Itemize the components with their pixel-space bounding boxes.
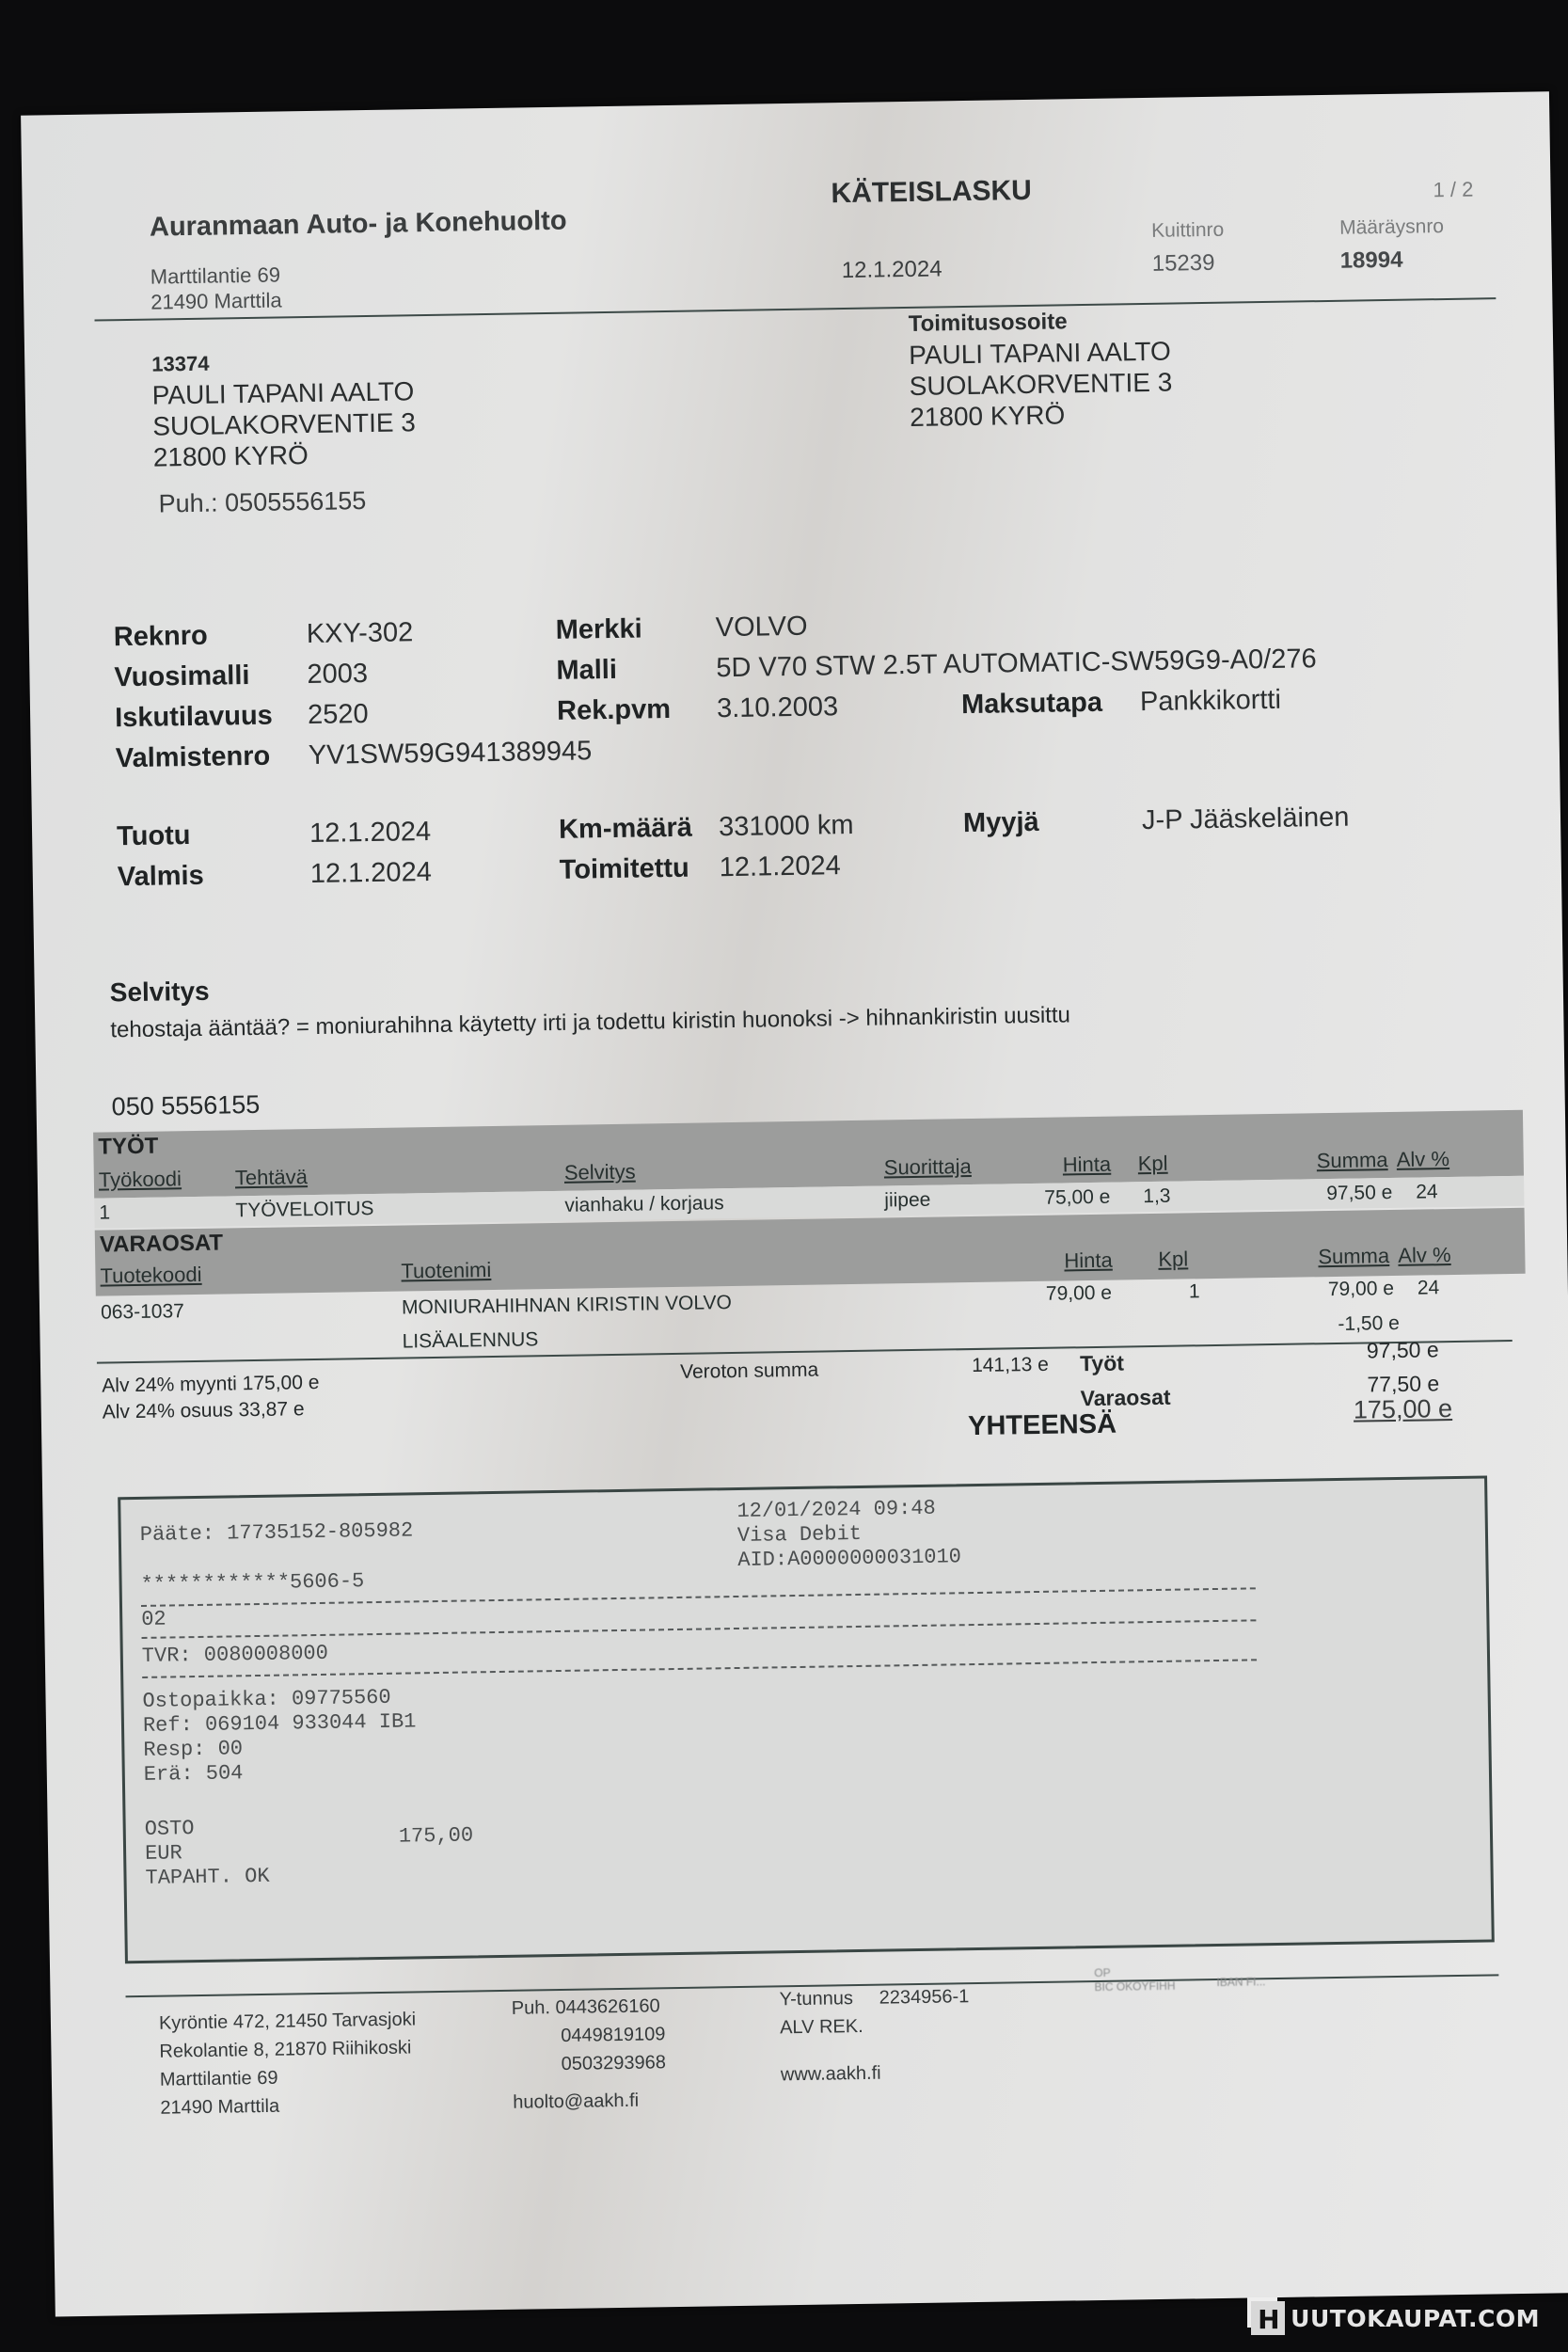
labour-total: 97,50 e	[1367, 1337, 1439, 1363]
notes-heading: Selvitys	[110, 977, 210, 1009]
seller: J-P Jääskeläinen	[1142, 803, 1350, 836]
payment-method-label: Maksutapa	[961, 688, 1102, 721]
footer-website[interactable]: www.aakh.fi	[781, 2059, 881, 2090]
vin-label: Valmistenro	[116, 741, 271, 775]
business-id-label: Y-tunnus	[779, 1988, 853, 2010]
cube-logo-icon: H	[1251, 2301, 1285, 2335]
notes-text: tehostaja ääntää? = moniurahihna käytett…	[110, 1002, 1070, 1043]
vat-registered: ALV REK.	[780, 2012, 863, 2042]
receipt-number: 15239	[1152, 250, 1215, 278]
transaction-type: OSTO	[145, 1817, 195, 1842]
contact-phone: 050 5556155	[111, 1090, 260, 1121]
brought-in-label: Tuotu	[117, 820, 191, 852]
row-sum: 79,00 e	[1328, 1278, 1394, 1301]
row-vat: 24	[1418, 1277, 1440, 1299]
business-id: 2234956-1	[879, 1986, 969, 2008]
tvr: TVR: 0080008000	[142, 1642, 328, 1669]
seller-label: Myyjä	[963, 807, 1039, 839]
customer-name: PAULI TAPANI AALTO	[152, 375, 416, 410]
delivery-name: PAULI TAPANI AALTO	[909, 336, 1172, 371]
customer-address: 13374 PAULI TAPANI AALTO SUOLAKORVENTIE …	[151, 344, 417, 472]
footer-address: Marttilantie 69	[160, 2061, 418, 2093]
brought-in-date: 12.1.2024	[309, 817, 432, 850]
company-name: Auranmaan Auto- ja Konehuolto	[150, 206, 567, 244]
delivered-label: Toimitettu	[560, 853, 690, 886]
vat-share: Alv 24% osuus 33,87 e	[103, 1398, 305, 1423]
table-row: 1 TYÖVELOITUS vianhaku / korjaus jiipee …	[21, 91, 1549, 116]
company-address: Marttilantie 69 21490 Marttila	[150, 262, 282, 314]
table-row: 063-1037 MONIURAHIHNAN KIRISTIN VOLVO 79…	[21, 91, 1549, 116]
footer-phone: 0443626160	[555, 1995, 660, 2018]
transaction-status: TAPAHT. OK	[145, 1865, 269, 1891]
col-sum: Summa	[1317, 1148, 1388, 1173]
row-price: 75,00 e	[1044, 1186, 1110, 1210]
customer-city: 21800 KYRÖ	[153, 437, 417, 472]
footer-address: 21490 Marttila	[160, 2090, 418, 2122]
currency: EUR	[145, 1841, 182, 1867]
receipt-number-label: Kuittinro	[1151, 219, 1224, 243]
logo-letter: H	[1258, 2304, 1279, 2335]
labour-heading: TYÖT	[98, 1134, 158, 1161]
bank-iban: IBAN FI...	[1216, 1975, 1265, 1989]
delivery-street: SUOLAKORVENTIE 3	[909, 367, 1172, 402]
footer-email[interactable]: huolto@aakh.fi	[513, 2087, 639, 2117]
row-qty: 1,3	[1143, 1185, 1171, 1208]
order-number-label: Määräysnro	[1339, 215, 1444, 240]
row-price: 79,00 e	[1046, 1282, 1112, 1306]
transaction-datetime: 12/01/2024 09:48	[736, 1497, 936, 1524]
sequence-number: 02	[141, 1608, 166, 1632]
ready-label: Valmis	[118, 861, 204, 893]
company-street: Marttilantie 69	[150, 262, 282, 289]
card-number: ************5606-5	[140, 1569, 364, 1597]
col-product-code: Tuotekoodi	[100, 1263, 201, 1289]
bank-name: OP	[1094, 1966, 1111, 1979]
card-aid: AID:A0000000031010	[737, 1545, 961, 1573]
footer-phone: 0503293968	[512, 2048, 666, 2079]
model: 5D V70 STW 2.5T AUTOMATIC-SW59G9-A0/276	[716, 644, 1317, 684]
displacement: 2520	[308, 699, 369, 731]
ready-date: 12.1.2024	[310, 857, 433, 890]
net-sum: 141,13 e	[972, 1354, 1049, 1377]
col-price: Hinta	[1064, 1248, 1113, 1274]
row-sum: 97,50 e	[1326, 1182, 1392, 1205]
reg-number-label: Reknro	[114, 621, 208, 654]
col-qty: Kpl	[1158, 1247, 1188, 1271]
delivery-address: Toimitusosoite PAULI TAPANI AALTO SUOLAK…	[908, 305, 1173, 433]
labour-total-label: Työt	[1080, 1351, 1124, 1377]
mileage: 331000 km	[719, 810, 854, 843]
card-receipt: Pääte: 17735152-805982 12/01/2024 09:48 …	[118, 1475, 1495, 1963]
delivery-city: 21800 KYRÖ	[910, 398, 1173, 433]
customer-phone-label: Puh.:	[158, 489, 218, 518]
footer-phone: 0449819109	[512, 2020, 666, 2051]
grand-total: 175,00 e	[1354, 1394, 1453, 1425]
row-product-name: MONIURAHIHNAN KIRISTIN VOLVO	[402, 1292, 732, 1320]
footer-phones: Puh. 0443626160 0449819109 0503293968	[512, 1992, 667, 2079]
huutokaupat-logo: H UUTOKAUPAT.COM	[1251, 2301, 1540, 2335]
footer-business-id: Y-tunnus 2234956-1	[779, 1982, 969, 2013]
model-year-label: Vuosimalli	[114, 660, 249, 693]
displacement-label: Iskutilavuus	[115, 701, 273, 735]
row-task: TYÖVELOITUS	[235, 1198, 373, 1222]
row-sum: -1,50 e	[1338, 1312, 1400, 1336]
vat-sales: Alv 24% myynti 175,00 e	[102, 1372, 319, 1398]
reg-number: KXY-302	[307, 617, 414, 650]
footer-phone-label: Puh.	[512, 1997, 550, 2019]
row-product-code: 063-1037	[101, 1300, 184, 1324]
footer-address: Rekolantie 8, 21870 Riihikoski	[159, 2033, 417, 2065]
reg-date: 3.10.2003	[717, 691, 839, 724]
reference: Ref: 069104 933044 IB1	[143, 1709, 417, 1739]
payment-method: Pankkikortti	[1140, 685, 1281, 718]
footer-addresses: Kyröntie 472, 21450 Tarvasjoki Rekolanti…	[159, 2005, 418, 2122]
document-date: 12.1.2024	[842, 256, 942, 284]
delivered-date: 12.1.2024	[719, 850, 841, 883]
row-description: vianhaku / korjaus	[564, 1192, 724, 1217]
col-performer: Suorittaja	[884, 1154, 972, 1180]
col-vat: Alv %	[1398, 1243, 1451, 1268]
batch-number: Erä: 504	[144, 1761, 244, 1788]
col-sum: Summa	[1318, 1244, 1389, 1269]
order-number: 18994	[1339, 247, 1402, 275]
model-year: 2003	[307, 659, 368, 691]
col-price: Hinta	[1063, 1152, 1112, 1178]
footer-address: Kyröntie 472, 21450 Tarvasjoki	[159, 2005, 417, 2037]
make: VOLVO	[715, 612, 807, 644]
row-performer: jiipee	[884, 1189, 930, 1213]
parts-total-label: Varaosat	[1080, 1385, 1170, 1412]
reg-date-label: Rek.pvm	[557, 694, 671, 727]
parts-heading: VARAOSAT	[100, 1231, 224, 1259]
customer-number: 13374	[151, 344, 415, 379]
col-task: Tehtävä	[235, 1165, 308, 1190]
col-product-name: Tuotenimi	[401, 1258, 491, 1284]
col-qty: Kpl	[1138, 1152, 1168, 1176]
terminal-id: Pääte: 17735152-805982	[140, 1518, 414, 1548]
col-vat: Alv %	[1397, 1147, 1450, 1172]
vehicle-info: Reknro KXY-302 Merkki VOLVO Vuosimalli 2…	[114, 622, 119, 902]
col-description: Selvitys	[564, 1160, 636, 1185]
card-type: Visa Debit	[737, 1522, 862, 1549]
company-city: 21490 Marttila	[150, 287, 282, 314]
row-vat: 24	[1416, 1181, 1438, 1203]
row-product-name: LISÄALENNUS	[402, 1328, 538, 1353]
net-sum-label: Veroton summa	[680, 1359, 818, 1384]
col-work-code: Työkoodi	[99, 1167, 182, 1192]
response-code: Resp: 00	[143, 1737, 243, 1763]
header-divider	[95, 297, 1497, 321]
customer-phone-value: 0505556155	[225, 486, 367, 516]
page-number: 1 / 2	[1433, 178, 1473, 203]
table-row: LISÄALENNUS -1,50 e	[21, 91, 1549, 116]
customer-phone: Puh.: 0505556155	[158, 486, 366, 518]
vin: YV1SW59G941389945	[309, 736, 593, 771]
receipt-divider	[142, 1619, 1257, 1639]
make-label: Merkki	[556, 613, 642, 645]
bank-bic: BIC OKOYFIHH	[1094, 1979, 1175, 1994]
document-title: KÄTEISLASKU	[831, 175, 1032, 210]
invoice-paper: Auranmaan Auto- ja Konehuolto Marttilant…	[21, 91, 1568, 2316]
parts-total: 77,50 e	[1367, 1371, 1439, 1397]
transaction-amount: 175,00	[399, 1823, 474, 1849]
delivery-heading: Toimitusosoite	[908, 305, 1171, 340]
row-qty: 1	[1189, 1280, 1200, 1303]
mileage-label: Km-määrä	[559, 813, 692, 846]
model-label: Malli	[556, 655, 617, 687]
row-work-code: 1	[99, 1201, 110, 1224]
customer-street: SUOLAKORVENTIE 3	[152, 406, 416, 441]
grand-total-label: YHTEENSÄ	[968, 1409, 1117, 1442]
brand-name: UUTOKAUPAT.COM	[1291, 2305, 1540, 2332]
